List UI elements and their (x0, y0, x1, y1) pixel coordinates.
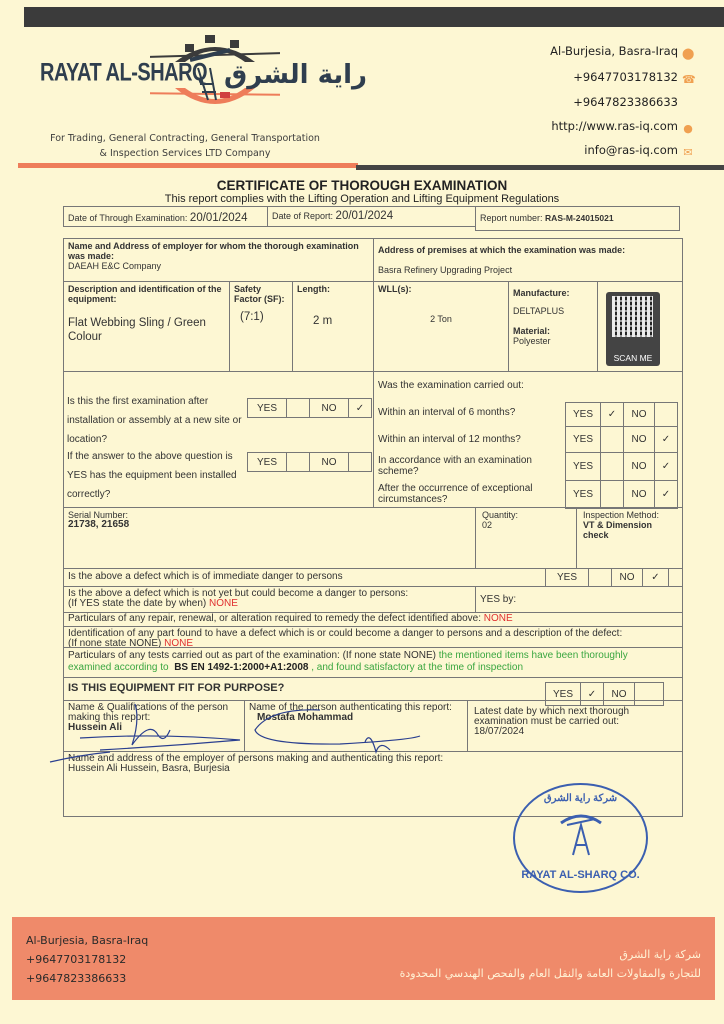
no-checkbox[interactable]: ✓ (348, 398, 372, 418)
immediate-danger-text: Is the above a defect which is of immedi… (68, 571, 343, 582)
phone-1-text: +9647703178132 (573, 70, 678, 84)
wll-cell: WLL(s): 2 Ton (373, 281, 509, 372)
serial-number-cell: Serial Number: 21738, 21658 (63, 507, 476, 569)
quantity-cell: Quantity: 02 (475, 507, 577, 569)
stamp-arabic-text: شركة راية الشرق (515, 793, 646, 804)
header-divider-orange (18, 163, 358, 168)
yes-label: YES (565, 452, 601, 481)
header-top-bar (24, 7, 724, 27)
yes-label: YES (545, 568, 589, 587)
defective-part-row: Identification of any part found to have… (63, 626, 683, 648)
header-divider-dark (356, 165, 724, 170)
future-danger-value: NONE (209, 598, 238, 609)
no-label: NO (623, 480, 655, 509)
location-pin-icon: ⬤ (682, 48, 694, 60)
yes-checkbox[interactable]: ✓ (600, 402, 624, 427)
no-label: NO (309, 452, 349, 472)
exam-carried-out-heading: Was the examination carried out: (378, 380, 524, 392)
exam-date-cell: Date of Through Examination: 20/01/2024 (63, 206, 268, 227)
report-date-value: 20/01/2024 (336, 210, 394, 222)
tests-row: Particulars of any tests carried out as … (63, 647, 683, 678)
premises-value: Basra Refinery Upgrading Project (378, 265, 678, 275)
contact-website: http://www.ras-iq.com● (434, 119, 694, 135)
question-6-months: Within an interval of 6 months? (378, 407, 558, 419)
contact-phone-1: +9647703178132☎ (434, 70, 694, 86)
report-date-label: Date of Report: (272, 211, 333, 221)
description-value: Flat Webbing Sling / Green Colour (68, 316, 225, 344)
yes-by-cell: YES by: (475, 586, 683, 613)
website-link[interactable]: http://www.ras-iq.com (551, 119, 678, 133)
serial-value: 21738, 21658 (68, 520, 471, 530)
footer-band: Al-Burjesia, Basra-Iraq +9647703178132 +… (12, 917, 715, 1000)
exceptional-yes-no: YES NO ✓ (566, 480, 678, 509)
no-label: NO (309, 398, 349, 418)
company-name-en: RAYAT AL-SHARQ (40, 59, 207, 88)
yes-label: YES (247, 452, 287, 472)
question-exceptional: After the occurrence of exceptional circ… (378, 483, 558, 505)
yes-by-label: YES by: (480, 594, 516, 605)
premises-label: Address of premises at which the examina… (378, 245, 678, 255)
fit-for-purpose-question: IS THIS EQUIPMENT FIT FOR PURPOSE? (68, 682, 284, 694)
yes-checkbox[interactable] (600, 426, 624, 453)
next-exam-label: Latest date by which next thorough exami… (474, 707, 678, 727)
question-first-exam: Is this the first examination after inst… (67, 392, 247, 449)
exam-scheme-yes-no: YES NO ✓ (566, 452, 678, 481)
quantity-value: 02 (482, 520, 572, 530)
question-12-months: Within an interval of 12 months? (378, 434, 558, 446)
exam-date-label: Date of Through Examination: (68, 213, 187, 223)
no-checkbox[interactable]: ✓ (642, 568, 669, 587)
footer-phone-2: +9647823386633 (26, 969, 148, 988)
no-checkbox[interactable]: ✓ (654, 480, 678, 509)
inspection-method-value: VT & Dimension check (583, 520, 678, 540)
certificate-title: CERTIFICATE OF THOROUGH EXAMINATION (0, 178, 724, 193)
employer-value: DAEAH E&C Company (68, 261, 369, 271)
qr-cell: SCAN ME (597, 281, 683, 372)
wll-label: WLL(s): (378, 284, 504, 294)
tagline-line-2: & Inspection Services LTD Company (40, 146, 330, 161)
globe-icon: ● (682, 123, 694, 135)
footer-arabic-line-1: شركة راية الشرق (400, 945, 701, 964)
no-label: NO (611, 568, 643, 587)
first-exam-yes-no: YES NO ✓ (248, 398, 372, 418)
yes-label: YES (247, 398, 287, 418)
yes-checkbox[interactable] (286, 452, 310, 472)
no-checkbox[interactable]: ✓ (654, 426, 678, 453)
exam-date-value: 20/01/2024 (190, 212, 248, 224)
stamp-english-text: RAYAT AL-SHARQ CO. (515, 869, 646, 881)
no-checkbox[interactable] (348, 452, 372, 472)
safety-factor-cell: Safety Factor (SF): (7:1) (229, 281, 293, 372)
description-label: Description and identification of the eq… (68, 284, 225, 304)
footer-phone-1: +9647703178132 (26, 950, 148, 969)
future-danger-hint: (If YES state the date by when) (68, 598, 206, 609)
wll-value: 2 Ton (378, 314, 504, 324)
no-label: NO (623, 452, 655, 481)
email-link[interactable]: info@ras-iq.com (584, 143, 678, 157)
yes-checkbox[interactable] (286, 398, 310, 418)
footer-address: Al-Burjesia, Basra-Iraq (26, 931, 148, 950)
handwritten-signatures (40, 700, 460, 770)
yes-checkbox[interactable] (600, 452, 624, 481)
report-number-value: RAS-M-24015021 (545, 213, 614, 223)
employer-cell: Name and Address of employer for whom th… (63, 238, 374, 282)
yes-label: YES (565, 480, 601, 509)
employer-label: Name and Address of employer for whom th… (68, 241, 369, 261)
footer-contact: Al-Burjesia, Basra-Iraq +9647703178132 +… (26, 931, 148, 988)
next-exam-date: 18/07/2024 (474, 727, 678, 737)
mail-icon: ✉ (682, 147, 694, 159)
future-danger-cell: Is the above a defect which is not yet b… (63, 586, 476, 613)
company-stamp: شركة راية الشرق RAYAT AL-SHARQ CO. (513, 783, 648, 893)
report-number-label: Report number: (480, 213, 543, 223)
company-name-ar: راية الشرق (224, 60, 367, 90)
inspection-method-label: Inspection Method: (583, 510, 678, 520)
phone-icon: ☎ (682, 74, 694, 86)
question-installed-correctly: If the answer to the above question is Y… (67, 447, 247, 504)
safety-factor-label: Safety Factor (SF): (234, 284, 288, 304)
yes-label: YES (565, 426, 601, 453)
no-label: NO (623, 402, 655, 427)
qr-label: SCAN ME (606, 353, 660, 363)
next-exam-cell: Latest date by which next thorough exami… (467, 700, 683, 752)
quantity-label: Quantity: (482, 510, 572, 520)
repair-text: Particulars of any repair, renewal, or a… (68, 613, 481, 624)
tests-result-2: examined according to (68, 662, 169, 673)
installed-yes-no: YES NO (248, 452, 372, 472)
premises-cell: Address of premises at which the examina… (373, 238, 683, 282)
contact-address: Al-Burjesia, Basra-Iraq⬤ (434, 44, 694, 60)
qr-code-badge[interactable]: SCAN ME (606, 292, 660, 366)
length-value: 2 m (297, 314, 369, 328)
yes-checkbox[interactable] (600, 480, 624, 509)
manufacture-label: Manufacture: (513, 288, 593, 298)
length-label: Length: (297, 284, 369, 294)
material-label: Material: (513, 326, 593, 336)
material-value: Polyester (513, 336, 593, 346)
report-date-cell: Date of Report: 20/01/2024 (267, 206, 476, 227)
equipment-description-cell: Description and identification of the eq… (63, 281, 230, 372)
contact-phone-2: +9647823386633 (418, 95, 678, 109)
stamp-derrick-icon (559, 811, 603, 857)
yes-label: YES (565, 402, 601, 427)
repair-row: Particulars of any repair, renewal, or a… (63, 612, 683, 627)
manufacture-value: DELTAPLUS (513, 306, 593, 316)
tests-result-3: , and found satisfactory at the time of … (311, 662, 523, 673)
safety-factor-value: (7:1) (234, 310, 288, 324)
immediate-danger-yes-no: YES NO ✓ (546, 568, 669, 587)
inspection-method-cell: Inspection Method: VT & Dimension check (576, 507, 683, 569)
six-months-yes-no: YES ✓ NO (566, 402, 678, 427)
contact-email: info@ras-iq.com✉ (434, 143, 694, 159)
question-exam-scheme: In accordance with an examination scheme… (378, 455, 558, 477)
no-checkbox[interactable]: ✓ (654, 452, 678, 481)
qr-code-icon (612, 296, 653, 337)
tests-text: Particulars of any tests carried out as … (68, 650, 436, 661)
footer-arabic: شركة راية الشرق للتجارة والمقاولات العام… (400, 945, 701, 983)
length-cell: Length: 2 m (292, 281, 374, 372)
no-checkbox[interactable] (654, 402, 678, 427)
phone-2-text: +9647823386633 (573, 95, 678, 109)
tagline-line-1: For Trading, General Contracting, Genera… (40, 131, 330, 146)
certificate-subtitle: This report complies with the Lifting Op… (0, 193, 724, 205)
no-label: NO (623, 426, 655, 453)
yes-checkbox[interactable] (588, 568, 612, 587)
tests-result-1: the mentioned items have been thoroughly (439, 650, 628, 661)
manufacture-cell: Manufacture: DELTAPLUS Material: Polyest… (508, 281, 598, 372)
repair-value: NONE (484, 613, 513, 624)
tests-standard: BS EN 1492-1:2000+A1:2008 (174, 662, 308, 673)
footer-arabic-line-2: للتجارة والمقاولات العامة والنقل العام و… (400, 964, 701, 983)
company-tagline: For Trading, General Contracting, Genera… (40, 131, 330, 161)
report-number-cell: Report number: RAS-M-24015021 (475, 206, 680, 231)
address-text: Al-Burjesia, Basra-Iraq (550, 44, 678, 58)
twelve-months-yes-no: YES NO ✓ (566, 426, 678, 453)
